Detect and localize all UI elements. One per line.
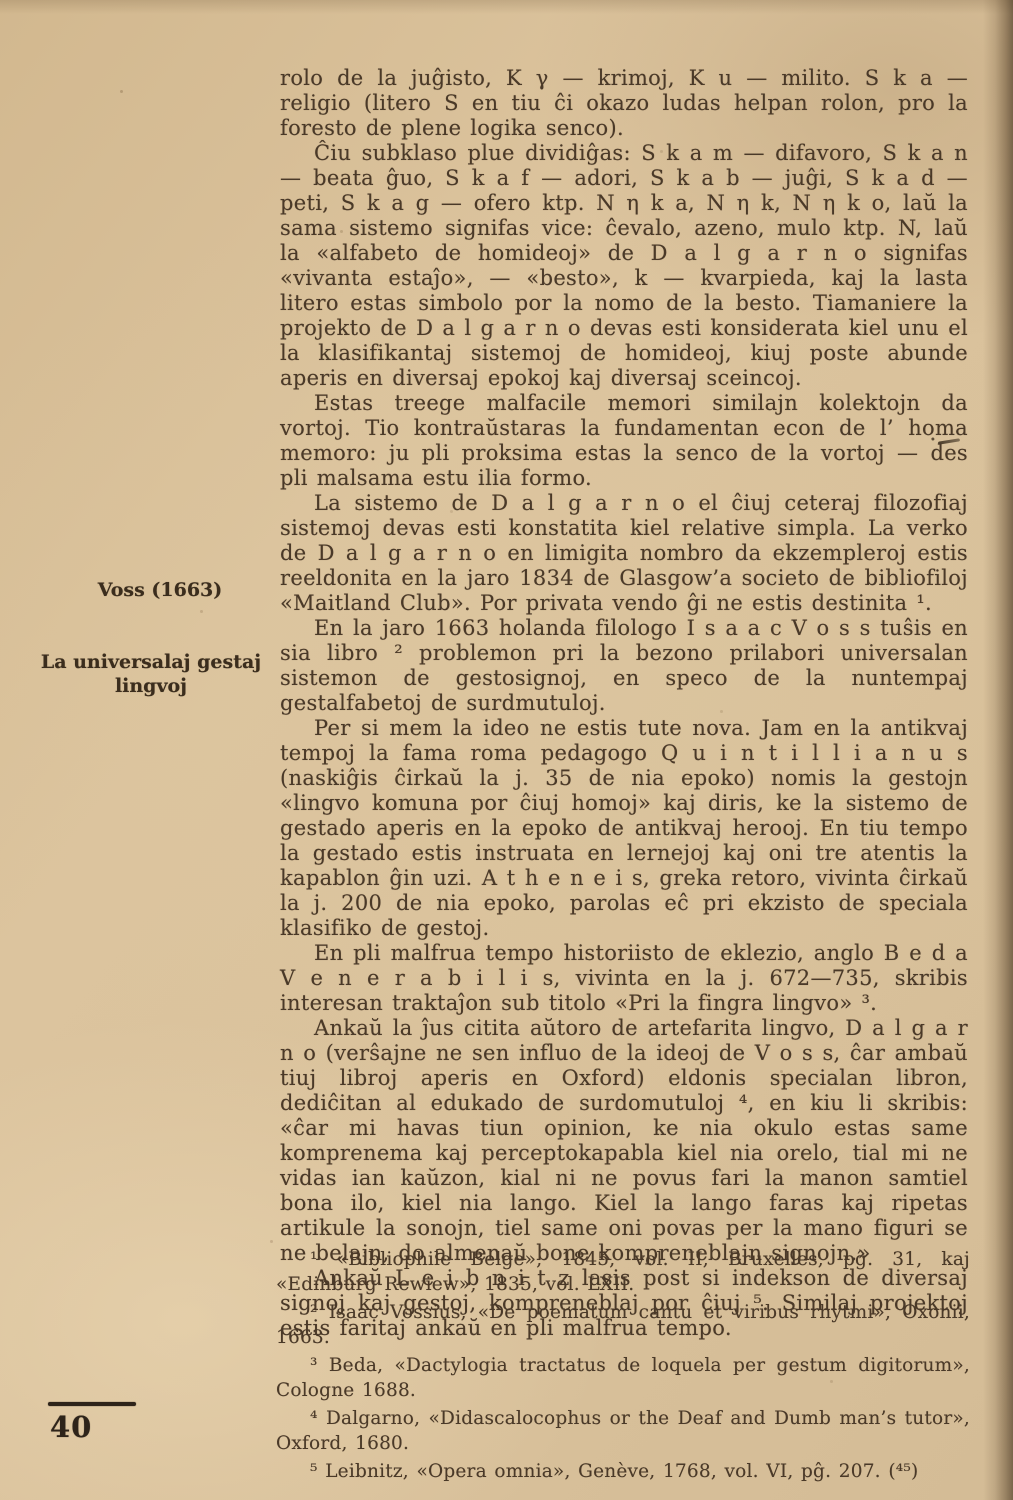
paragraph: Ĉiu subklaso plue dividiĝas: S k a m — d…: [280, 141, 968, 391]
body-text-column: rolo de la juĝisto, K γ — krimoj, K u — …: [280, 66, 968, 1341]
page-gutter-shadow: [983, 0, 1013, 1500]
footnote-3: ³ Beda, «Dactylogia tractatus de loquela…: [276, 1354, 970, 1403]
footnotes-section: ¹ «Bibliophile Belge», 1845, vol. II, Br…: [276, 1248, 970, 1489]
footnote-1: ¹ «Bibliophile Belge», 1845, vol. II, Br…: [276, 1248, 970, 1297]
paragraph: La sistemo de D a l g a r n o el ĉiuj ce…: [280, 491, 968, 616]
paragraph-gesture-languages: Per si mem la ideo ne estis tute nova. J…: [280, 716, 968, 941]
page-number-rule: [48, 1402, 136, 1406]
margin-note-voss: Voss (1663): [60, 578, 260, 602]
page-number: 40: [50, 1410, 92, 1444]
paragraph-continued: rolo de la juĝisto, K γ — krimoj, K u — …: [280, 66, 968, 141]
footnote-5: ⁵ Leibnitz, «Opera omnia», Genève, 1768,…: [276, 1460, 970, 1485]
paragraph-voss: En la jaro 1663 holanda filologo I s a a…: [280, 616, 968, 716]
paper-specks: [120, 90, 123, 93]
footnote-2: ² Isaac Vossius, «De poematum cantu et v…: [276, 1301, 970, 1350]
paragraph: Estas treege malfacile memori similajn k…: [280, 391, 968, 491]
scanned-book-page: Voss (1663) La universalaj gestaj lingvo…: [0, 0, 1013, 1500]
margin-note-universal-gesture-languages: La universalaj gestaj lingvoj: [40, 650, 262, 698]
paragraph-dalgarno-oxford: Ankaŭ la ĵus citita aŭtoro de artefarita…: [280, 1016, 968, 1266]
paragraph-beda: En pli malfrua tempo historiisto de ekle…: [280, 941, 968, 1016]
footnote-4: ⁴ Dalgarno, «Didascalocophus or the Deaf…: [276, 1407, 970, 1456]
top-edge-shade: [0, 0, 1013, 14]
